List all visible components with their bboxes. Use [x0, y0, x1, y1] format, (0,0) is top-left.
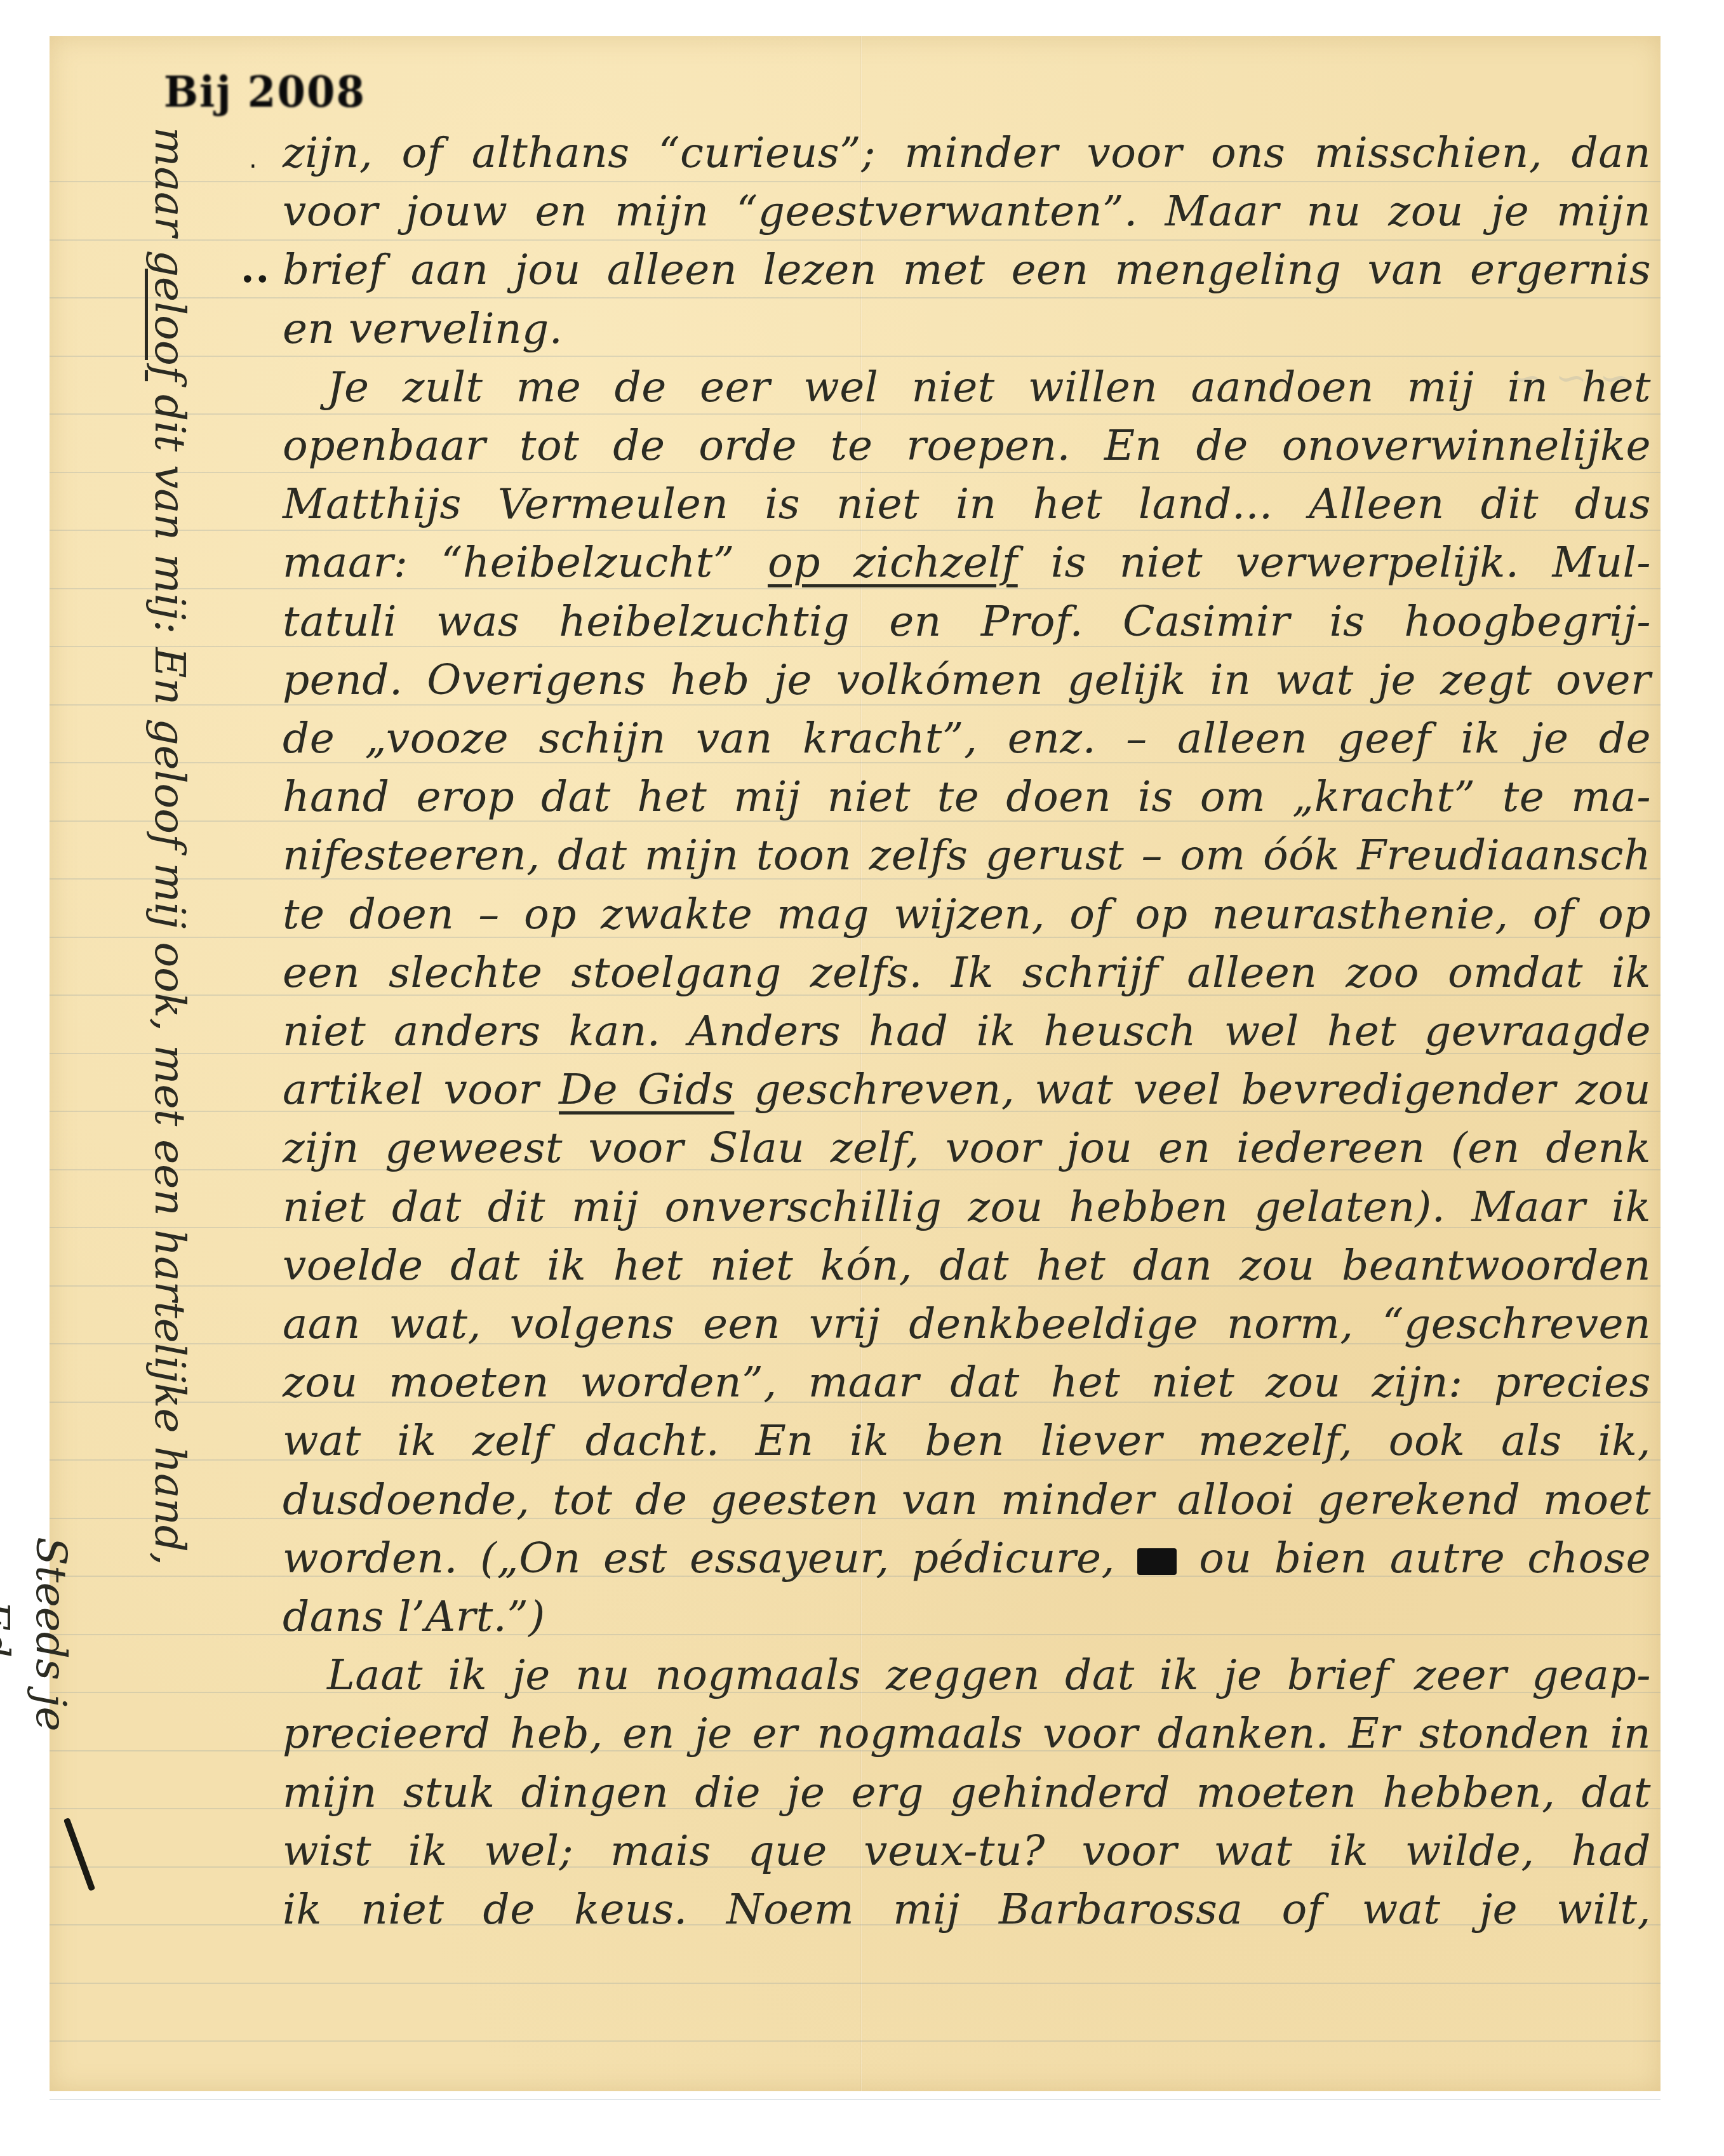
- signature: Ed.: [0, 1600, 22, 1671]
- closing: Steeds je: [22, 1537, 79, 1731]
- line-text: is niet verwerpelijk. Mul-: [1018, 538, 1651, 587]
- letter-line: mijn stuk dingen die je erg gehinderd mo…: [283, 1764, 1651, 1821]
- letter-line: voelde dat ik het niet kón, dat het dan …: [283, 1237, 1651, 1294]
- letter-line: brief aan jou alleen lezen met een menge…: [283, 241, 1651, 298]
- letter-line: nifesteeren, dat mijn toon zelfs gerust …: [283, 827, 1651, 884]
- letter-line: artikel voor De Gids geschreven, wat vee…: [283, 1061, 1651, 1118]
- margin-underlined-word: geloof: [145, 250, 194, 381]
- letter-line: Matthijs Vermeulen is niet in het land..…: [283, 476, 1651, 533]
- archive-stamp: Bij 2008: [164, 67, 366, 117]
- letter-line: worden. („On est essayeur, pédicure, ou …: [283, 1530, 1651, 1587]
- letter-line: tatuli was heibelzuchtig en Prof. Casimi…: [283, 593, 1651, 650]
- line-text: geschreven, wat veel bevredigender zou: [734, 1065, 1651, 1114]
- letter-line: aan wat, volgens een vrij denkbeeldige n…: [283, 1296, 1651, 1353]
- letter-line: maar: “heibelzucht” op zichzelf is niet …: [283, 534, 1651, 591]
- ruled-line: [50, 2099, 1661, 2100]
- line-text: worden. („On est essayeur, pédicure,: [283, 1534, 1137, 1583]
- letter-line: precieerd heb, en je er nogmaals voor da…: [283, 1705, 1651, 1762]
- ruled-line: [50, 1983, 1661, 1984]
- letter-line: zijn, of althans “curieus”; minder voor …: [283, 124, 1651, 182]
- letter-line: voor jouw en mijn “geestverwanten”. Maar…: [283, 183, 1651, 240]
- underlined-text: De Gids: [559, 1065, 734, 1114]
- letter-line: wat ik zelf dacht. En ik ben liever meze…: [283, 1412, 1651, 1470]
- margin-mark: .: [249, 145, 257, 174]
- line-text: artikel voor: [283, 1065, 559, 1114]
- letter-line: wist ik wel; mais que veux-tu? voor wat …: [283, 1823, 1651, 1880]
- line-text: ou bien autre chose: [1177, 1534, 1651, 1583]
- letter-line: een slechte stoelgang zelfs. Ik schrijf …: [283, 944, 1651, 1001]
- crossed-out-word: [1137, 1548, 1177, 1575]
- margin-text: dit van mij: En geloof mij ook, met een …: [145, 381, 194, 1565]
- margin-text: maar: [145, 127, 194, 250]
- ruled-line: [50, 2040, 1661, 2042]
- letter-line: niet dat dit mij onverschillig zou hebbe…: [283, 1179, 1651, 1236]
- letter-line: openbaar tot de orde te roepen. En de on…: [283, 417, 1651, 474]
- margin-mark: ••: [240, 265, 270, 295]
- underlined-text: op zichzelf: [768, 538, 1018, 587]
- letter-line: niet anders kan. Anders had ik heusch we…: [283, 1003, 1651, 1060]
- letter-line: ik niet de keus. Noem mij Barbarossa of …: [283, 1881, 1651, 1938]
- letter-line: hand erop dat het mij niet te doen is om…: [283, 768, 1651, 826]
- letter-line: de „vooze schijn van kracht”, enz. – all…: [283, 710, 1651, 767]
- line-text: maar: “heibelzucht”: [283, 538, 768, 587]
- letter-line: dans l’Art.”): [283, 1588, 1651, 1645]
- letter-line: pend. Overigens heb je volkómen gelijk i…: [283, 652, 1651, 709]
- letter-line: en verveling.: [283, 300, 1651, 358]
- letter-line: dusdoende, tot de geesten van minder all…: [283, 1471, 1651, 1529]
- letter-line: zijn geweest voor Slau zelf, voor jou en…: [283, 1120, 1651, 1177]
- margin-note: maar geloof dit van mij: En geloof mij o…: [141, 127, 198, 1565]
- margin-note-line: maar geloof dit van mij: En geloof mij o…: [141, 127, 198, 1565]
- letter-line: Laat ik je nu nogmaals zeggen dat ik je …: [283, 1647, 1651, 1704]
- letter-line: zou moeten worden”, maar dat het niet zo…: [283, 1354, 1651, 1411]
- letter-line: te doen – op zwakte mag wijzen, of op ne…: [283, 886, 1651, 943]
- letter-line: Je zult me de eer wel niet willen aandoe…: [283, 359, 1651, 416]
